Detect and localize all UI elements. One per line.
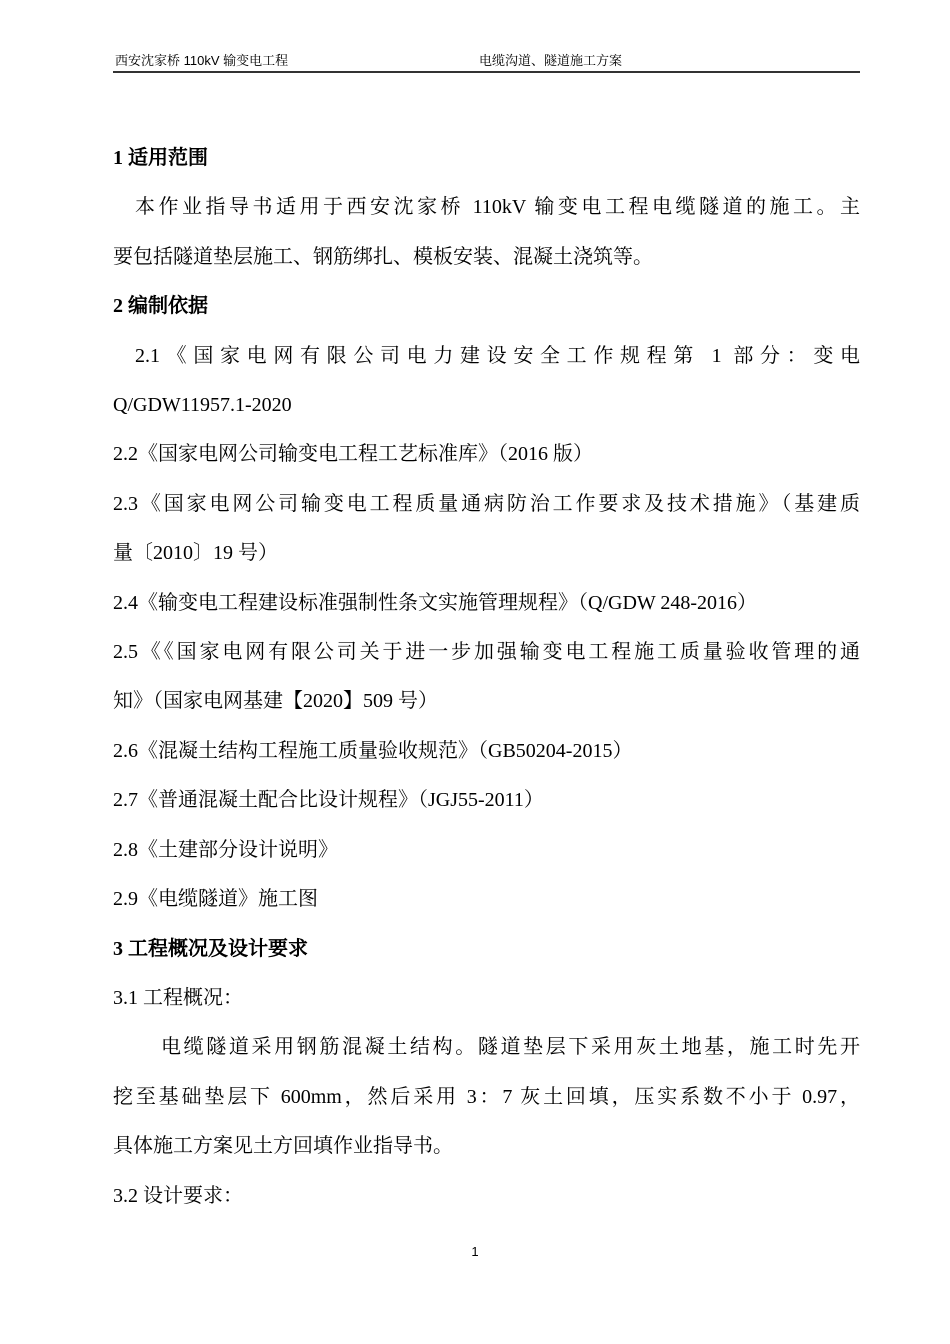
paragraph-overview-line2: 挖至基础垫层下 600mm，然后采用 3：7 灰土回填，压实系数不小于 0.97… — [113, 1073, 860, 1122]
reference-item-2-1-line2: Q/GDW11957.1-2020 — [113, 381, 860, 430]
section-heading-2: 2 编制依据 — [113, 282, 860, 331]
subsection-heading-3-1: 3.1 工程概况： — [113, 974, 860, 1023]
reference-item-2-4: 2.4《输变电工程建设标准强制性条文实施管理规程》（Q/GDW 248-2016… — [113, 579, 860, 628]
document-body: 1 适用范围 本作业指导书适用于西安沈家桥 110kV 输变电工程电缆隧道的施工… — [113, 134, 860, 1221]
paragraph-overview-line1: 电缆隧道采用钢筋混凝土结构。隧道垫层下采用灰土地基，施工时先开 — [113, 1023, 860, 1072]
section-heading-1: 1 适用范围 — [113, 134, 860, 183]
reference-item-2-2: 2.2《国家电网公司输变电工程工艺标准库》（2016 版） — [113, 430, 860, 479]
reference-item-2-5-line1: 2.5《《国家电网有限公司关于进一步加强输变电工程施工质量验收管理的通 — [113, 628, 860, 677]
page-header: 西安沈家桥 110kV 输变电工程 电缆沟道、隧道施工方案 — [113, 50, 860, 73]
reference-item-2-6: 2.6《混凝土结构工程施工质量验收规范》（GB50204-2015） — [113, 727, 860, 776]
section-heading-3: 3 工程概况及设计要求 — [113, 925, 860, 974]
reference-item-2-9: 2.9《电缆隧道》施工图 — [113, 875, 860, 924]
reference-item-2-7: 2.7《普通混凝土配合比设计规程》（JGJ55-2011） — [113, 776, 860, 825]
paragraph-overview-line3: 具体施工方案见土方回填作业指导书。 — [113, 1122, 860, 1171]
reference-item-2-5-line2: 知》（国家电网基建【2020】509 号） — [113, 677, 860, 726]
subsection-heading-3-2: 3.2 设计要求： — [113, 1172, 860, 1221]
page-number: 1 — [0, 1244, 950, 1260]
header-document-title: 电缆沟道、隧道施工方案 — [479, 50, 622, 71]
reference-item-2-3-line1: 2.3《国家电网公司输变电工程质量通病防治工作要求及技术措施》（基建质 — [113, 480, 860, 529]
reference-item-2-8: 2.8《土建部分设计说明》 — [113, 826, 860, 875]
header-project-name: 西安沈家桥 110kV 输变电工程 — [115, 50, 288, 71]
reference-item-2-3-line2: 量〔2010〕19 号） — [113, 529, 860, 578]
reference-item-2-1-line1: 2.1《国家电网有限公司电力建设安全工作规程第 1 部分：变电 — [113, 332, 860, 381]
paragraph-scope-line2: 要包括隧道垫层施工、钢筋绑扎、模板安装、混凝土浇筑等。 — [113, 233, 860, 282]
paragraph-scope-line1: 本作业指导书适用于西安沈家桥 110kV 输变电工程电缆隧道的施工。主 — [113, 183, 860, 232]
